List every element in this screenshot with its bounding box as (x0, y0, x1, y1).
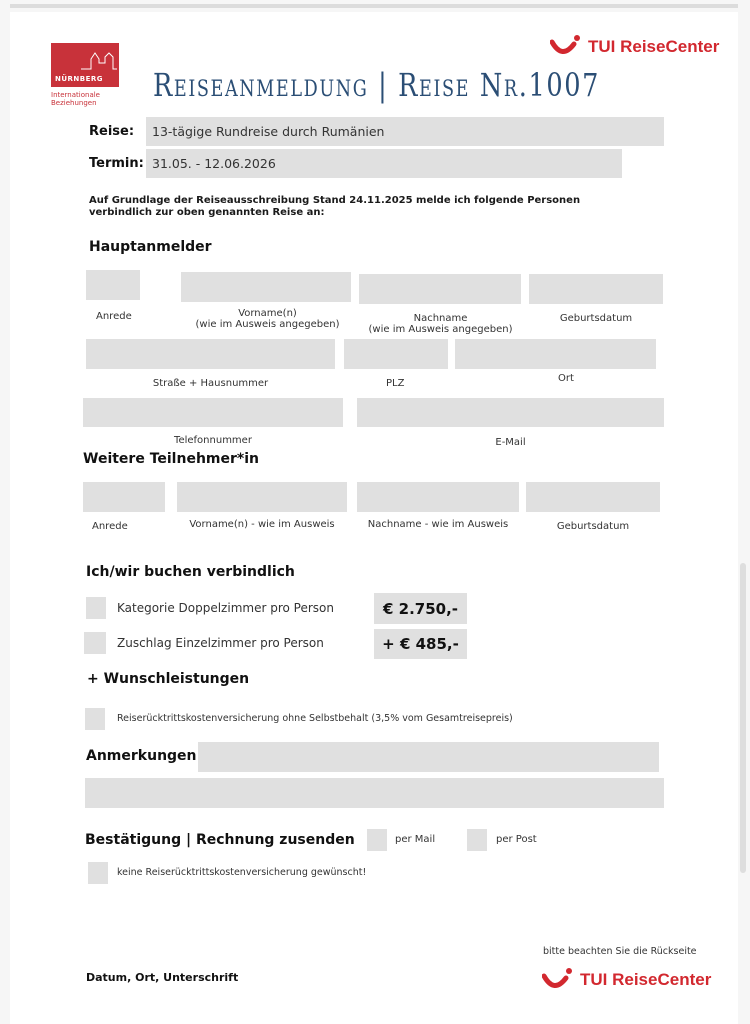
weitere-nachname-label: Nachname - wie im Ausweis (357, 519, 519, 530)
einzelzimmer-price: + € 485,- (374, 629, 467, 659)
per-mail-checkbox[interactable] (367, 829, 387, 851)
anrede-field[interactable] (86, 270, 140, 300)
weitere-nachname-field[interactable] (357, 482, 519, 512)
castle-icon (81, 49, 117, 71)
doppelzimmer-price: € 2.750,- (374, 593, 467, 624)
nuernberg-logo: NÜRNBERG (51, 43, 119, 87)
insurance-label: Reiserücktrittskostenversicherung ohne S… (117, 713, 513, 724)
termin-label: Termin: (89, 156, 144, 171)
reise-label: Reise: (89, 124, 134, 139)
weitere-vorname-label: Vorname(n) - wie im Ausweis (177, 519, 347, 530)
insurance-checkbox[interactable] (85, 708, 105, 730)
no-insurance-checkbox[interactable] (88, 862, 108, 884)
einzelzimmer-label: Zuschlag Einzelzimmer pro Person (117, 636, 324, 650)
nachname-label: Nachname (wie im Ausweis angegeben) (363, 313, 518, 335)
geburtsdatum-field[interactable] (529, 274, 663, 304)
strasse-field[interactable] (86, 339, 335, 369)
per-post-label: per Post (496, 834, 537, 845)
geburtsdatum-label: Geburtsdatum (529, 313, 663, 324)
weitere-anrede-label: Anrede (92, 521, 128, 532)
vorname-field[interactable] (181, 272, 351, 302)
tui-logo-footer: TUI ReiseCenter (542, 966, 711, 994)
weitere-geburtsdatum-field[interactable] (526, 482, 660, 512)
plz-field[interactable] (344, 339, 448, 369)
reise-field[interactable]: 13-tägige Rundreise durch Rumänien (146, 117, 664, 146)
einzelzimmer-checkbox[interactable] (84, 632, 106, 654)
hauptanmelder-heading: Hauptanmelder (89, 239, 212, 255)
per-post-checkbox[interactable] (467, 829, 487, 851)
confirmation-label: Bestätigung | Rechnung zusenden (85, 832, 355, 848)
top-divider (10, 4, 738, 8)
termin-field[interactable]: 31.05. - 12.06.2026 (146, 149, 622, 178)
telefon-field[interactable] (83, 398, 343, 427)
remarks-label: Anmerkungen: (86, 748, 202, 764)
weitere-heading: Weitere Teilnehmer*in (83, 451, 259, 467)
scrollbar[interactable] (740, 563, 746, 873)
booking-heading: Ich/wir buchen verbindlich (86, 564, 295, 580)
anrede-label: Anrede (96, 311, 132, 322)
rueckseite-note: bitte beachten Sie die Rückseite (543, 946, 697, 957)
per-mail-label: per Mail (395, 834, 435, 845)
vorname-label: Vorname(n) (wie im Ausweis angegeben) (190, 308, 345, 330)
signature-label: Datum, Ort, Unterschrift (86, 971, 238, 984)
remarks-field-line2[interactable] (85, 778, 664, 808)
weitere-geburtsdatum-label: Geburtsdatum (526, 521, 660, 532)
remarks-field-line1[interactable] (198, 742, 659, 772)
doppelzimmer-checkbox[interactable] (86, 597, 106, 619)
intro-text: Auf Grundlage der Reiseausschreibung Sta… (89, 195, 580, 219)
email-field[interactable] (357, 398, 664, 427)
weitere-anrede-field[interactable] (83, 482, 165, 512)
plz-label: PLZ (386, 378, 404, 389)
no-insurance-label: keine Reiserücktrittskostenversicherung … (117, 867, 366, 878)
nachname-field[interactable] (359, 274, 521, 304)
email-label: E-Mail (357, 437, 664, 448)
strasse-label: Straße + Hausnummer (86, 378, 335, 389)
nuernberg-subtitle: Internationale Beziehungen (51, 91, 100, 107)
tui-logo-header: TUI ReiseCenter (550, 34, 719, 60)
ort-field[interactable] (455, 339, 656, 369)
telefon-label: Telefonnummer (83, 435, 343, 446)
weitere-vorname-field[interactable] (177, 482, 347, 512)
page-title: Reiseanmeldung | Reise Nr.1007 (153, 66, 600, 104)
tui-smile-icon (542, 966, 576, 994)
tui-smile-icon (550, 34, 584, 60)
doppelzimmer-label: Kategorie Doppelzimmer pro Person (117, 601, 334, 615)
ort-label: Ort (558, 373, 574, 384)
wunschleistungen-heading: + Wunschleistungen (87, 671, 249, 687)
